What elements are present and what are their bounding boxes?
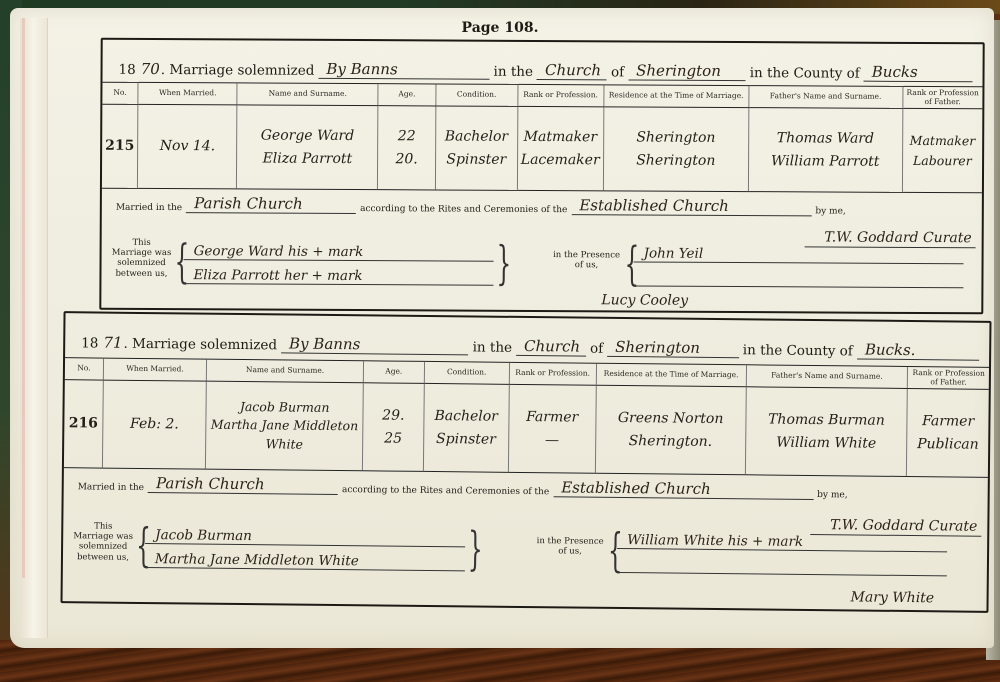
entry-header: 1871. Marriage solemnized By Banns in th…	[77, 321, 979, 360]
bride-profession: Lacemaker	[521, 148, 600, 171]
left-brace: {	[174, 236, 180, 296]
solemnized-label: . Marriage solemnized	[161, 62, 319, 79]
groom-profession: Farmer	[512, 406, 592, 429]
col-father-profession: Rank or Profession of Father.	[908, 366, 989, 389]
bride-name: Eliza Parrott	[240, 147, 374, 170]
groom-residence: Sherington	[607, 126, 745, 149]
col-residence: Residence at the Time of Marriage.	[604, 85, 749, 108]
col-age: Age.	[363, 361, 424, 384]
marriage-entry-216: 1871. Marriage solemnized By Banns in th…	[60, 311, 991, 613]
col-name: Name and Surname.	[207, 359, 364, 383]
col-condition: Condition.	[436, 84, 518, 106]
bride-signature: Martha Jane Middleton White	[145, 544, 465, 571]
married-in-place: Parish Church	[186, 194, 356, 214]
extra-witness: Mary White	[851, 589, 935, 606]
married-in-label: Married in the	[74, 482, 148, 493]
col-profession: Rank or Profession.	[518, 84, 604, 106]
bride-father: William Parrott	[752, 150, 899, 173]
col-no: No.	[102, 82, 138, 104]
in-the-label: in the	[469, 339, 517, 355]
solemnized-label: . Marriage solemnized	[123, 336, 281, 354]
entry-header: 1870. Marriage solemnized By Banns in th…	[115, 48, 973, 82]
in-the-label: in the	[490, 64, 538, 80]
ages: 29. 25	[362, 383, 424, 472]
col-name: Name and Surname.	[237, 83, 378, 106]
father-professions: Farmer Publican	[907, 388, 989, 477]
ages: 22 20.	[378, 106, 436, 190]
col-father: Father's Name and Surname.	[746, 365, 908, 389]
bride-father: William White	[749, 431, 904, 455]
extra-witness: Lucy Cooley	[601, 292, 688, 308]
parish: Sherington	[607, 338, 739, 358]
married-in-label: Married in the	[112, 203, 186, 213]
according-label: according to the Rites and Ceremonies of…	[338, 485, 553, 497]
groom-signature: George Ward his + mark	[184, 236, 494, 262]
groom-age: 29.	[366, 404, 420, 427]
col-father-profession: Rank or Profession of Father.	[902, 86, 982, 108]
county-label: in the County of	[746, 65, 864, 82]
residences: Sherington Sherington	[603, 107, 749, 192]
col-age: Age.	[378, 84, 436, 106]
county: Bucks	[864, 63, 973, 83]
col-condition: Condition.	[424, 361, 509, 384]
bride-profession: —	[512, 428, 592, 451]
groom-condition: Bachelor	[439, 126, 514, 149]
by-me-label: by me,	[811, 206, 849, 216]
bride-father-profession: Labourer	[906, 150, 980, 170]
witness-signatures: in the Presence of us, { John Yeil	[541, 238, 963, 290]
couple-signatures: This Marriage was solemnized between us,…	[73, 519, 574, 584]
names: George Ward Eliza Parrott	[237, 105, 378, 190]
county-label: in the County of	[739, 342, 857, 359]
place-type: Church	[537, 61, 607, 80]
married-in-place: Parish Church	[148, 474, 338, 495]
between-us-label: This Marriage was solemnized between us,	[111, 236, 171, 296]
bride-residence: Sherington	[607, 149, 745, 172]
couple-signatures: This Marriage was solemnized between us,…	[111, 236, 611, 299]
witness-1: John Yeil	[634, 238, 964, 264]
groom-father-profession: Farmer	[911, 410, 986, 433]
col-no: No.	[65, 358, 104, 380]
according-label: according to the Rites and Ceremonies of…	[356, 204, 571, 215]
witness-1: William White his + mark	[617, 525, 947, 552]
col-profession: Rank or Profession.	[509, 362, 596, 385]
bride-age: 20.	[381, 148, 432, 171]
fathers: Thomas Ward William Parrott	[748, 108, 902, 193]
witness-signatures: in the Presence of us, { William White h…	[525, 524, 948, 578]
year-prefix: 18	[77, 335, 102, 351]
father-professions: Matmaker Labourer	[902, 108, 982, 192]
witness-lines: John Yeil	[633, 238, 963, 290]
professions: Matmaker Lacemaker	[517, 106, 603, 190]
witness-2	[617, 549, 947, 576]
bride-signature: Eliza Parrott her + mark	[183, 260, 493, 286]
witness-lines: William White his + mark	[617, 525, 948, 578]
of-label: of	[586, 341, 607, 357]
groom-father-profession: Matmaker	[906, 130, 980, 150]
groom-father: Thomas Ward	[752, 127, 899, 150]
when-married: Nov 14.	[138, 104, 238, 189]
place-type: Church	[516, 337, 586, 357]
col-when-married: When Married.	[138, 82, 237, 105]
entry-table: No. When Married. Name and Surname. Age.…	[102, 82, 983, 194]
table-row: 215 Nov 14. George Ward Eliza Parrott 22…	[102, 104, 982, 193]
solemnized-by: By Banns	[318, 60, 489, 80]
solemnized-by: By Banns	[281, 334, 469, 355]
groom-name: Jacob Burman	[210, 398, 360, 418]
conditions: Bachelor Spinster	[423, 383, 509, 472]
professions: Farmer —	[508, 384, 596, 473]
year-prefix: 18	[115, 62, 140, 78]
left-brace: {	[136, 520, 143, 580]
between-us-label: This Marriage was solemnized between us,	[73, 519, 134, 580]
residences: Greens Norton Sherington.	[595, 385, 746, 475]
bride-residence: Sherington.	[599, 429, 742, 453]
rites-of: Established Church	[571, 196, 811, 216]
year-suffix: 71	[102, 334, 123, 352]
signature-lines: Jacob Burman Martha Jane Middleton White	[145, 520, 466, 583]
page-edge-tint	[22, 18, 25, 578]
of-label: of	[607, 64, 628, 80]
bride-father-profession: Publican	[911, 433, 986, 456]
names: Jacob Burman Martha Jane Middleton White	[206, 381, 364, 471]
signature-lines: George Ward his + mark Eliza Parrott her…	[183, 236, 493, 298]
table-row: 216 Feb: 2. Jacob Burman Martha Jane Mid…	[64, 380, 989, 478]
groom-residence: Greens Norton	[599, 407, 742, 431]
presence-label: in the Presence of us,	[535, 524, 606, 575]
groom-profession: Matmaker	[521, 126, 600, 149]
col-when-married: When Married.	[103, 358, 206, 381]
marriage-entry-215: 1870. Marriage solemnized By Banns in th…	[99, 38, 984, 315]
col-residence: Residence at the Time of Marriage.	[596, 363, 746, 387]
county: Bucks.	[857, 340, 980, 360]
when-married: Feb: 2.	[102, 380, 206, 469]
col-father: Father's Name and Surname.	[749, 86, 903, 109]
groom-condition: Bachelor	[427, 405, 505, 428]
bride-condition: Spinster	[427, 427, 505, 450]
right-brace: }	[496, 238, 502, 298]
groom-name: George Ward	[241, 125, 375, 148]
by-me-label: by me,	[813, 490, 852, 500]
groom-father: Thomas Burman	[749, 408, 904, 432]
groom-signature: Jacob Burman	[145, 520, 465, 547]
page-number: Page 108.	[450, 20, 550, 36]
entry-number: 216	[64, 380, 103, 468]
witness-2	[633, 262, 963, 288]
right-brace: }	[468, 523, 475, 583]
conditions: Bachelor Spinster	[435, 106, 517, 190]
married-in-line: Married in the Parish Church according t…	[112, 194, 972, 218]
rites-of: Established Church	[553, 478, 813, 500]
entry-table: No. When Married. Name and Surname. Age.…	[64, 357, 989, 478]
groom-age: 22	[381, 125, 432, 148]
fathers: Thomas Burman William White	[745, 387, 908, 477]
presence-label: in the Presence of us,	[551, 238, 621, 288]
bride-age: 25	[366, 427, 420, 450]
bride-condition: Spinster	[439, 148, 514, 171]
bride-name: Martha Jane Middleton White	[209, 416, 359, 454]
witness-brace: {	[608, 525, 615, 575]
year-suffix: 70	[140, 60, 161, 78]
entry-number: 215	[102, 104, 138, 188]
witness-brace: {	[624, 238, 630, 288]
married-in-line: Married in the Parish Church according t…	[74, 473, 978, 501]
parish: Sherington	[628, 61, 746, 81]
